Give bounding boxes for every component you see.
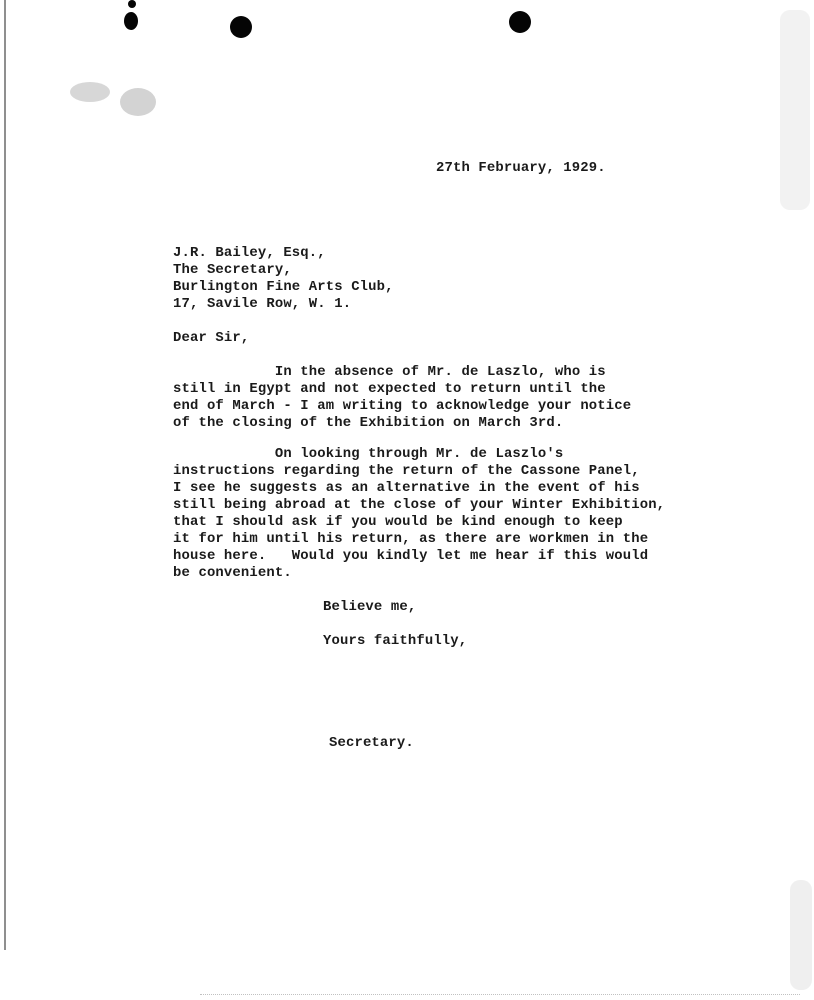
body-line: I see he suggests as an alternative in t… — [173, 480, 640, 497]
letter-date: 27th February, 1929. — [436, 160, 606, 177]
body-line: still in Egypt and not expected to retur… — [173, 381, 606, 398]
scan-speckle — [790, 880, 812, 990]
body-line: instructions regarding the return of the… — [173, 463, 640, 480]
signature-title: Secretary. — [329, 735, 414, 752]
page-edge-shadow — [4, 0, 6, 950]
scan-bottom-edge — [200, 994, 800, 996]
body-line: end of March - I am writing to acknowled… — [173, 398, 631, 415]
scan-speckle — [70, 82, 110, 102]
letter-page: 27th February, 1929. J.R. Bailey, Esq., … — [0, 0, 814, 1000]
recipient-line: J.R. Bailey, Esq., — [173, 245, 326, 262]
body-line: still being abroad at the close of your … — [173, 497, 665, 514]
recipient-line: The Secretary, — [173, 262, 292, 279]
recipient-line: 17, Savile Row, W. 1. — [173, 296, 351, 313]
ink-blot — [128, 0, 136, 8]
punch-hole-right — [509, 11, 531, 33]
punch-hole-left — [230, 16, 252, 38]
body-line: that I should ask if you would be kind e… — [173, 514, 623, 531]
body-line: it for him until his return, as there ar… — [173, 531, 648, 548]
body-line: be convenient. — [173, 565, 292, 582]
ink-blot — [124, 12, 138, 30]
salutation: Dear Sir, — [173, 330, 249, 347]
body-line: house here. Would you kindly let me hear… — [173, 548, 648, 565]
body-line: On looking through Mr. de Laszlo's — [173, 446, 563, 463]
closing: Believe me, — [323, 599, 416, 616]
valediction: Yours faithfully, — [323, 633, 467, 650]
recipient-line: Burlington Fine Arts Club, — [173, 279, 394, 296]
body-line: In the absence of Mr. de Laszlo, who is — [173, 364, 606, 381]
scan-speckle — [120, 88, 156, 116]
body-line: of the closing of the Exhibition on Marc… — [173, 415, 563, 432]
scan-speckle — [780, 10, 810, 210]
